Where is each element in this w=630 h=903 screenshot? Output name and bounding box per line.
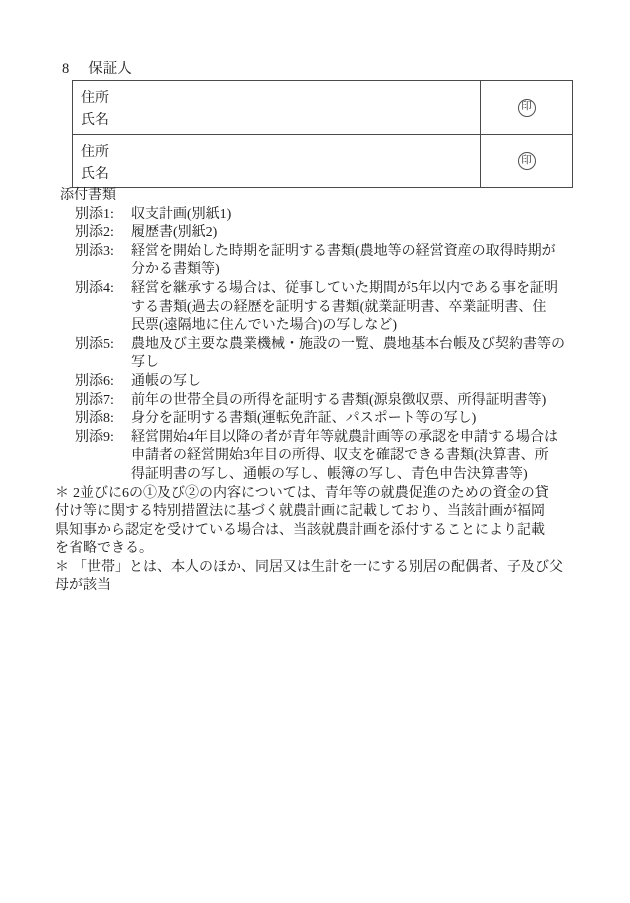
attachment-text: 収支計画(別紙1) [131,206,580,225]
attachment-text: 通帳の写し [131,373,580,392]
address-label: 住所 [81,142,480,164]
attachment-item: 別添5: 農地及び主要な農業機械・施設の一覧、農地基本台帳及び契約書等の 写し [75,336,580,373]
attachment-item: 別添2: 履歴書(別紙2) [75,224,580,243]
attachment-text: する書類(過去の経歴を証明する書類(就業証明書、卒業証明書、住 [131,299,580,318]
guarantor-row: 住所 氏名 印 [73,134,572,187]
name-label: 氏名 [81,110,480,132]
attachment-item: 別添1: 収支計画(別紙1) [75,206,580,225]
attachment-text: 身分を証明する書類(運転免許証、パスポート等の写し) [131,410,580,429]
attachment-item: 別添8: 身分を証明する書類(運転免許証、パスポート等の写し) [75,410,580,429]
guarantor-table: 住所 氏名 印 住所 氏名 印 [72,80,573,188]
footnote-text: を省略できる。 [55,540,580,559]
attachment-text: 民票(遠隔地に住んでいた場合)の写しなど) [131,317,580,336]
attachment-label: 別添3: [75,243,131,280]
footnote-text: 「世帯」とは、本人のほか、同居又は生計を一にする別居の配偶者、子及び父 [73,560,563,575]
attachment-item: 別添6: 通帳の写し [75,373,580,392]
attachment-label: 別添1: [75,206,131,225]
seal-cell: 印 [480,135,572,187]
attachment-label: 別添6: [75,373,131,392]
footnote-text: 付け等に関する特別措置法に基づく就農計画に記載しており、当該計画が福岡 [55,503,580,522]
name-label: 氏名 [81,164,480,186]
attachment-text: 申請者の経営開始3年目の所得、収支を確認できる書類(決算書、所 [131,447,580,466]
attachment-item: 別添9: 経営開始4年目以降の者が青年等就農計画等の承認を申請する場合は 申請者… [75,429,580,485]
attachment-label: 別添4: [75,280,131,336]
attachment-item: 別添3: 経営を開始した時期を証明する書類(農地等の経営資産の取得時期が 分かる… [75,243,580,280]
attachment-label: 別添5: [75,336,131,373]
attachment-text: 経営を開始した時期を証明する書類(農地等の経営資産の取得時期が [131,243,580,262]
attachment-text: 写し [131,354,580,373]
attachment-label: 別添2: [75,224,131,243]
attachment-text: 農地及び主要な農業機械・施設の一覧、農地基本台帳及び契約書等の [131,336,580,355]
attachments-section: 添付書類 別添1: 収支計画(別紙1) 別添2: 履歴書(別紙2) 別添3: 経… [55,187,580,596]
attachment-item: 別添4: 経営を継承する場合は、従事していた期間が5年以内である事を証明 する書… [75,280,580,336]
address-label: 住所 [81,88,480,110]
seal-stamp-icon: 印 [518,99,536,117]
footnote-text: 県知事から認定を受けている場合は、当該就農計画を添付することにより記載 [55,522,580,541]
footnote-text: 2並びに6の①及び②の内容については、青年等の就農促進のための資金の貸 [73,486,549,501]
attachment-item: 別添7: 前年の世帯全員の所得を証明する書類(源泉徴収票、所得証明書等) [75,392,580,411]
asterisk-marker: ＊ [55,485,69,504]
attachment-text: 分かる書類等) [131,261,580,280]
attachment-text: 経営開始4年目以降の者が青年等就農計画等の承認を申請する場合は [131,429,580,448]
attachment-label: 別添9: [75,429,131,485]
attachments-heading: 添付書類 [60,187,580,206]
attachment-text: 前年の世帯全員の所得を証明する書類(源泉徴収票、所得証明書等) [131,392,580,411]
asterisk-marker: ＊ [55,559,69,578]
footnote: ＊2並びに6の①及び②の内容については、青年等の就農促進のための資金の貸 付け等… [55,485,580,559]
attachment-text: 経営を継承する場合は、従事していた期間が5年以内である事を証明 [131,280,580,299]
section-heading: 8保証人 [62,61,132,78]
guarantor-labels-cell: 住所 氏名 [73,135,480,187]
section-number: 8 [62,61,69,78]
attachment-text: 履歴書(別紙2) [131,224,580,243]
seal-cell: 印 [480,81,572,134]
guarantor-labels-cell: 住所 氏名 [73,81,480,134]
footnote-text: 母が該当 [55,577,580,596]
attachment-text: 得証明書の写し、通帳の写し、帳簿の写し、青色申告決算書等) [131,466,580,485]
document-page: 8保証人 住所 氏名 印 住所 氏名 印 添付書類 別添1: [0,0,630,903]
attachment-label: 別添8: [75,410,131,429]
seal-stamp-icon: 印 [518,152,536,170]
section-title: 保証人 [88,61,132,77]
attachment-label: 別添7: [75,392,131,411]
footnote: ＊「世帯」とは、本人のほか、同居又は生計を一にする別居の配偶者、子及び父 母が該… [55,559,580,596]
guarantor-row: 住所 氏名 印 [73,81,572,134]
